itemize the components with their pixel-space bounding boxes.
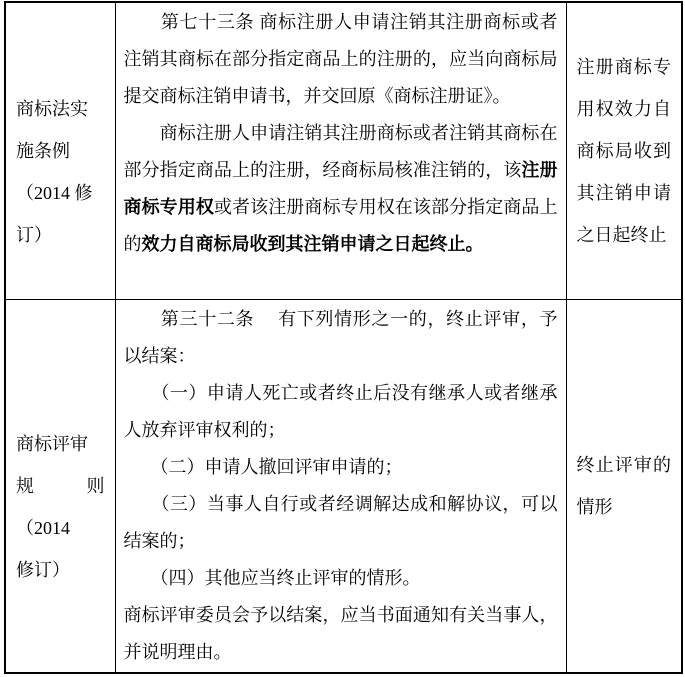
article-text-segment: 商标注册人申请注销其注册商标或者注销其商标在部分指定商品上的注册，经商标局核准注… bbox=[124, 123, 558, 180]
article-text-segment: （一）申请人死亡或者终止后没有继承人或者继承人放弃评审权利的； bbox=[124, 383, 558, 440]
law-name-cell: 商标评审 规则（2014 修订） bbox=[5, 299, 115, 673]
table-row-review-rules: 商标评审 规则（2014 修订） 第三十二条 有下列情形之一的，终止评审，予以结… bbox=[5, 299, 682, 673]
article-text-segment: （二）申请人撤回评审申请的； bbox=[124, 457, 403, 477]
article-text-segment: （四）其他应当终止评审的情形。 bbox=[124, 568, 421, 588]
article-text-cell: 第三十二条 有下列情形之一的，终止评审，予以结案： （一）申请人死亡或者终止后没… bbox=[115, 299, 566, 673]
summary-cell: 终止评审的情形 bbox=[566, 299, 682, 673]
article-paragraph: 商标注册人申请注销其注册商标或者注销其商标在部分指定商品上的注册，经商标局核准注… bbox=[124, 115, 558, 263]
summary-text: 注册商标专用权效力自商标局收到其注销申请之日起终止 bbox=[577, 57, 672, 245]
article-paragraph: 第七十三条 商标注册人申请注销其注册商标或者注销其商标在部分指定商品上的注册的，… bbox=[124, 4, 558, 115]
table-row-trademark-regulations: 商标法实 施条例 （2014 修 订） 第七十三条 商标注册人申请注销其注册商标… bbox=[5, 2, 682, 299]
law-name-text: 商标法实 施条例 （2014 修 订） bbox=[16, 99, 93, 245]
article-paragraph: 第三十二条 有下列情形之一的，终止评审，予以结案： bbox=[124, 301, 558, 375]
article-paragraph: （一）申请人死亡或者终止后没有继承人或者继承人放弃评审权利的； bbox=[124, 375, 558, 449]
article-text-segment: 第三十二条 有下列情形之一的，终止评审，予以结案： bbox=[124, 309, 558, 366]
article-text-segment-bold: 效力自商标局收到其注销申请之日起终止。 bbox=[142, 234, 484, 254]
article-text-segment: （三）当事人自行或者经调解达成和解协议，可以结案的； bbox=[124, 494, 558, 551]
article-paragraph: （四）其他应当终止评审的情形。 bbox=[124, 560, 558, 597]
article-text-cell: 第七十三条 商标注册人申请注销其注册商标或者注销其商标在部分指定商品上的注册的，… bbox=[115, 2, 566, 299]
summary-text: 终止评审的情形 bbox=[577, 455, 672, 517]
article-paragraph: （三）当事人自行或者经调解达成和解协议，可以结案的； bbox=[124, 486, 558, 560]
law-comparison-table: 商标法实 施条例 （2014 修 订） 第七十三条 商标注册人申请注销其注册商标… bbox=[4, 1, 683, 674]
law-name-cell: 商标法实 施条例 （2014 修 订） bbox=[5, 2, 115, 299]
article-text-segment: 第七十三条 商标注册人申请注销其注册商标或者注销其商标在部分指定商品上的注册的，… bbox=[124, 12, 558, 106]
article-paragraph: （二）申请人撤回评审申请的； bbox=[124, 449, 558, 486]
article-text-segment: 商标评审委员会予以结案，应当书面通知有关当事人，并说明理由。 bbox=[124, 605, 558, 662]
document-page: 商标法实 施条例 （2014 修 订） 第七十三条 商标注册人申请注销其注册商标… bbox=[0, 0, 685, 677]
article-paragraph: 商标评审委员会予以结案，应当书面通知有关当事人，并说明理由。 bbox=[124, 597, 558, 671]
summary-cell: 注册商标专用权效力自商标局收到其注销申请之日起终止 bbox=[566, 2, 682, 299]
law-name-text: 商标评审 规则（2014 修订） bbox=[16, 434, 105, 580]
